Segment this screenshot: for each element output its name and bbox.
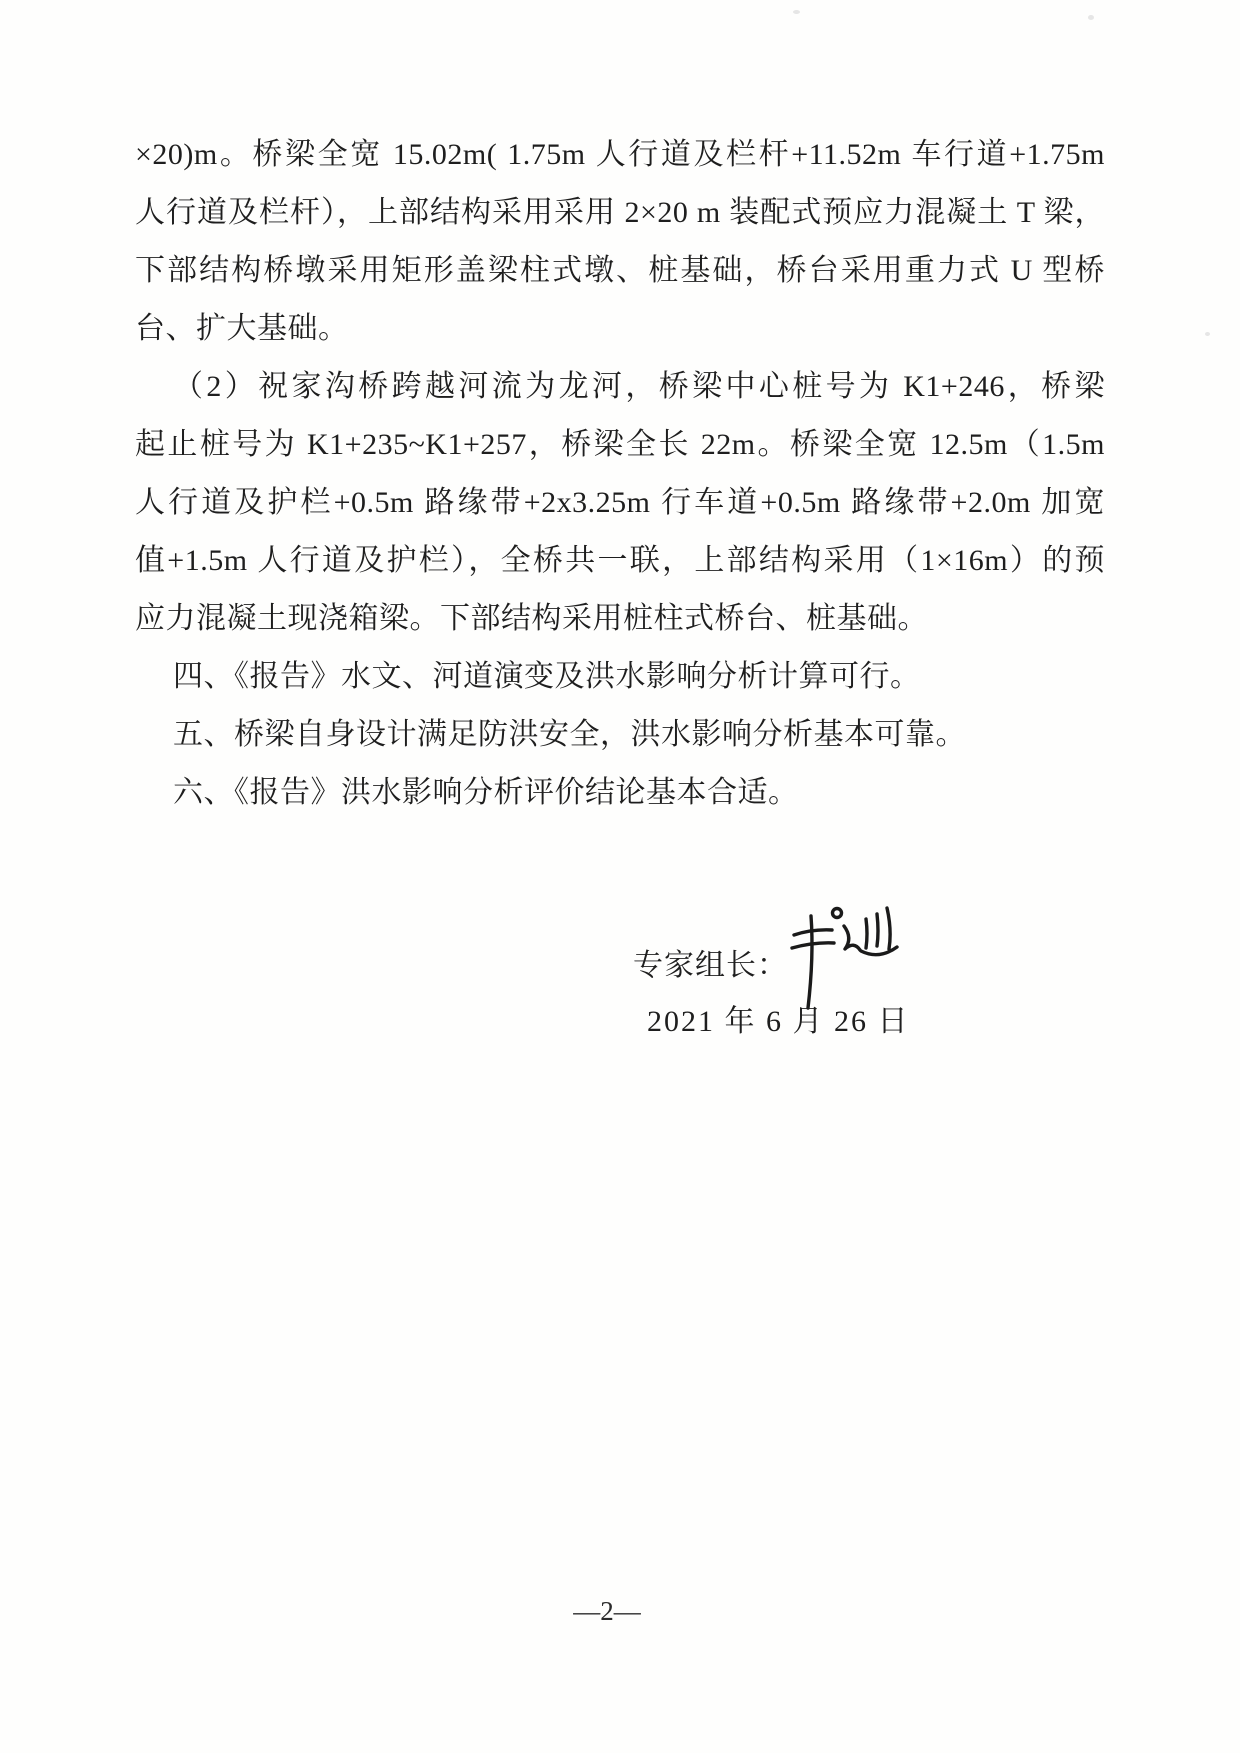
text-line: 值+1.5m 人行道及护栏），全桥共一联，上部结构采用（1×16m）的预 [135, 532, 1105, 590]
text-line: 五、桥梁自身设计满足防洪安全，洪水影响分析基本可靠。 [135, 706, 1105, 764]
scanned-document-page: ×20)m。桥梁全宽 15.02m( 1.75m 人行道及栏杆+11.52m 车… [0, 0, 1240, 1753]
text-line: 人行道及栏杆），上部结构采用采用 2×20 m 装配式预应力混凝土 T 梁， [135, 184, 1105, 242]
text-line: 六、《报告》洪水影响分析评价结论基本合适。 [135, 764, 1105, 822]
text-line: 人行道及护栏+0.5m 路缘带+2x3.25m 行车道+0.5m 路缘带+2.0… [135, 474, 1105, 532]
text-line: 台、扩大基础。 [135, 300, 1105, 358]
scan-speckle [793, 10, 800, 14]
text-line: 应力混凝土现浇箱梁。下部结构采用桩柱式桥台、桩基础。 [135, 590, 1105, 648]
page-number: —2— [0, 1596, 1214, 1627]
text-line: 下部结构桥墩采用矩形盖梁柱式墩、桩基础，桥台采用重力式 U 型桥 [135, 242, 1105, 300]
signature-label: 专家组长： [633, 949, 788, 982]
text-line: （2）祝家沟桥跨越河流为龙河，桥梁中心桩号为 K1+246，桥梁 [135, 358, 1105, 416]
text-line: 四、《报告》水文、河道演变及洪水影响分析计算可行。 [135, 648, 1105, 706]
scan-speckle [1205, 332, 1210, 336]
scan-speckle [1088, 15, 1094, 20]
signature-date: 2021 年 6 月 26 日 [647, 996, 910, 1040]
body-text: ×20)m。桥梁全宽 15.02m( 1.75m 人行道及栏杆+11.52m 车… [135, 126, 1105, 822]
text-line: ×20)m。桥梁全宽 15.02m( 1.75m 人行道及栏杆+11.52m 车… [135, 126, 1105, 184]
text-line: 起止桩号为 K1+235~K1+257，桥梁全长 22m。桥梁全宽 12.5m（… [135, 416, 1105, 474]
signature-row: 专家组长： [633, 940, 788, 984]
